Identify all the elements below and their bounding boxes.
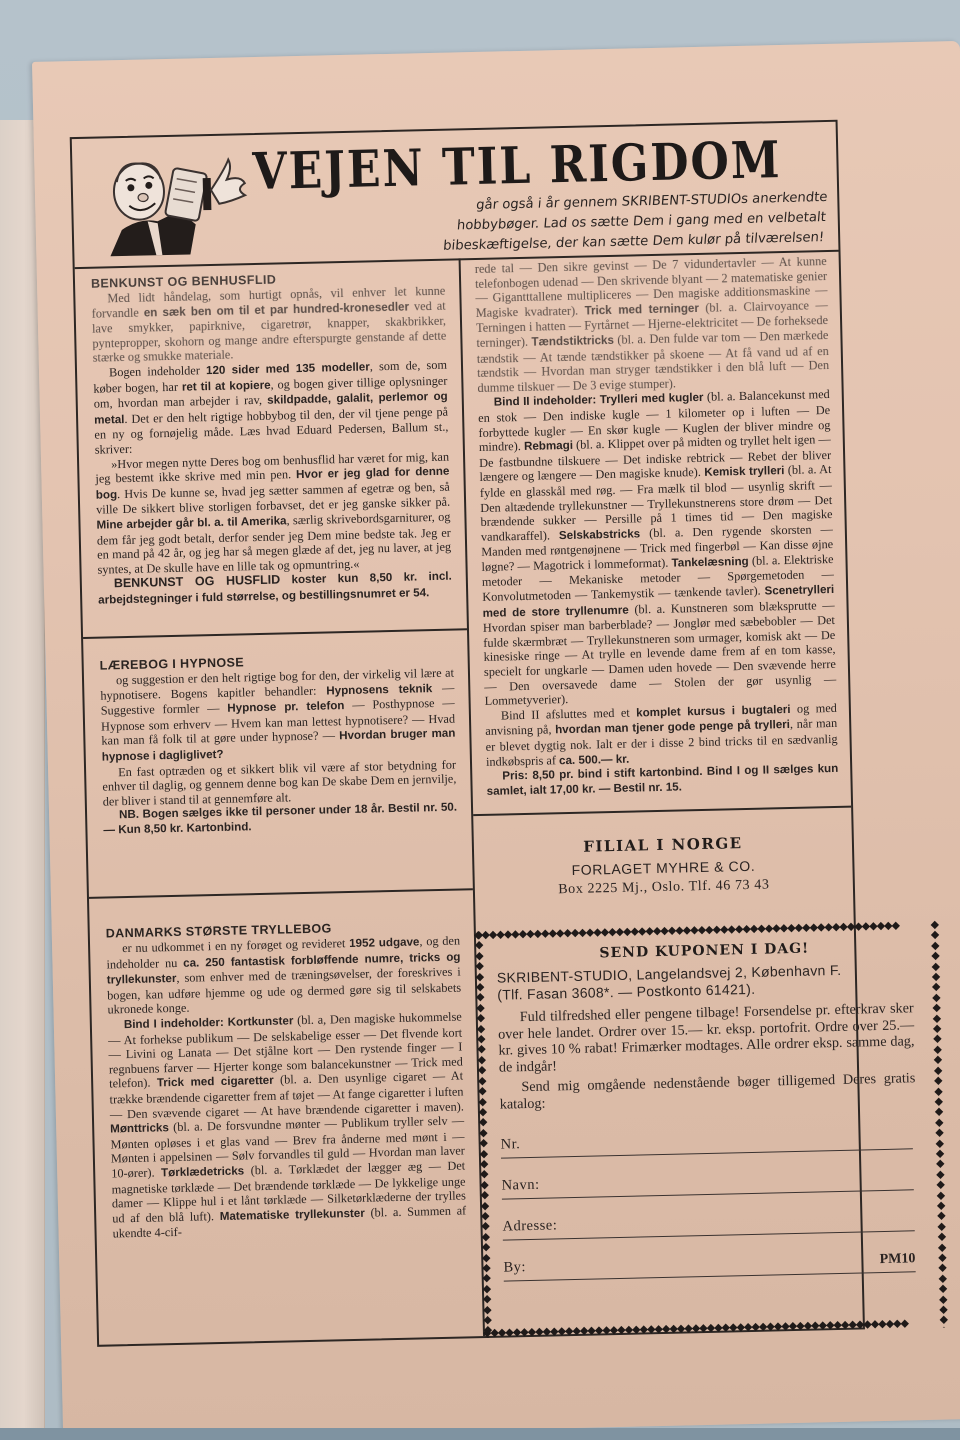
field-label: Adresse:: [502, 1217, 557, 1235]
coupon-code: PM10: [879, 1251, 915, 1268]
coupon-terms: Fuld tilfredshed eller pengene tilbage! …: [498, 1000, 915, 1076]
text-bold: Trick med cigaretter: [157, 1074, 274, 1090]
text-bold: 1952 udgave: [349, 935, 420, 950]
tryllebog-continued-body: rede tal — Den sikre gevinst — De 7 vidu…: [475, 254, 839, 799]
hypnose-body: og suggestion er den helt rigtige bog fo…: [100, 666, 458, 839]
tryllebog-body: er nu udkommet i en ny forøget og revide…: [106, 934, 467, 1242]
text-bold: Mønttricks: [110, 1121, 169, 1135]
order-coupon: ◆◆◆◆◆◆◆◆◆◆◆◆◆◆◆◆◆◆◆◆◆◆◆◆◆◆◆◆◆◆◆◆◆◆◆◆◆◆◆◆…: [474, 920, 949, 1338]
tagline: går også i år gennem SKRIBENT-STUDIOs an…: [337, 188, 828, 259]
tryllebog-continued: rede tal — Den sikre gevinst — De 7 vidu…: [461, 254, 851, 800]
text-bold: Matematiske tryllekunster: [220, 1206, 365, 1222]
benkunst-section: BENKUNST OG BENHUSFLID Med lidt håndelag…: [75, 268, 466, 608]
text-bold: ca. 500.— kr.: [559, 752, 630, 767]
background-strip: [0, 1428, 960, 1440]
text: . Det er den helt rigtige hobbybog til d…: [94, 404, 448, 456]
divider: [83, 628, 467, 639]
field-label: By:: [503, 1259, 526, 1277]
text-bold: BENKUNST OG HUSFLID: [114, 573, 281, 591]
header-banner: VEJEN TIL RIGDOM går også i år gennem SK…: [72, 122, 839, 269]
text: Bogen indeholder: [109, 363, 206, 379]
coupon-field-by[interactable]: By:PM10: [503, 1231, 916, 1281]
left-column: BENKUNST OG BENHUSFLID Med lidt håndelag…: [75, 258, 485, 1344]
advertisement-frame: VEJEN TIL RIGDOM går også i år gennem SK…: [70, 120, 865, 1347]
coupon-body: Fuld tilfredshed eller pengene tilbage! …: [498, 1000, 916, 1113]
divider: [89, 888, 473, 899]
text-bold: komplet kursus i bugtaleri: [636, 703, 791, 719]
text-bold: Hypnosens teknik: [326, 682, 432, 697]
text-bold: Tørklædetricks: [161, 1164, 244, 1179]
text-bold: Kemisk trylleri: [704, 464, 784, 479]
text-bold: Hypnose pr. telefon: [227, 699, 344, 715]
norway-branch: FILIAL I NORGE FORLAGET MYHRE & CO. Box …: [473, 810, 853, 929]
coupon-title: SEND KUPONEN I DAG!: [496, 938, 912, 963]
right-column: rede tal — Den sikre gevinst — De 7 vidu…: [461, 250, 863, 1336]
cartoon-man-with-money-icon: [98, 149, 250, 258]
coupon-border-bottom: ◆◆◆◆◆◆◆◆◆◆◆◆◆◆◆◆◆◆◆◆◆◆◆◆◆◆◆◆◆◆◆◆◆◆◆◆◆◆◆◆…: [483, 1318, 949, 1339]
text-bold: Tankelæsning: [671, 555, 748, 570]
tryllebog-section: DANMARKS STØRSTE TRYLLEBOG er nu udkomme…: [90, 918, 481, 1242]
text-bold: Tændstiktricks: [531, 334, 614, 349]
hypnose-section: LÆREBOG I HYPNOSE og suggestion er den h…: [84, 650, 472, 838]
text-bold: Trick med terninger: [584, 302, 699, 318]
text-bold: Selskabstricks: [559, 527, 640, 542]
norway-branch-title: FILIAL I NORGE: [474, 832, 852, 859]
text: Bind II afsluttes med et: [501, 705, 637, 722]
text-bold: ret til at kopiere: [182, 378, 271, 393]
coupon-request: Send mig omgående nedenstående bøger til…: [499, 1071, 916, 1114]
magazine-page: VEJEN TIL RIGDOM går også i år gennem SK…: [32, 41, 960, 1440]
field-label: Navn:: [501, 1176, 539, 1194]
benkunst-body: Med lidt håndelag, som hurtigt opnås, vi…: [91, 284, 452, 608]
field-label: Nr.: [500, 1136, 520, 1153]
norway-address: Box 2225 Mj., Oslo. Tlf. 46 73 43: [475, 876, 853, 901]
text-bold: Rebmagi: [524, 439, 573, 453]
coupon-address: SKRIBENT-STUDIO, Langelandsvej 2, Københ…: [497, 960, 914, 1003]
coupon-border-right: ◆◆◆◆◆◆◆◆◆◆◆◆◆◆◆◆◆◆◆◆◆◆◆◆◆◆◆◆◆◆◆◆◆◆◆◆◆◆◆◆…: [930, 920, 949, 1328]
